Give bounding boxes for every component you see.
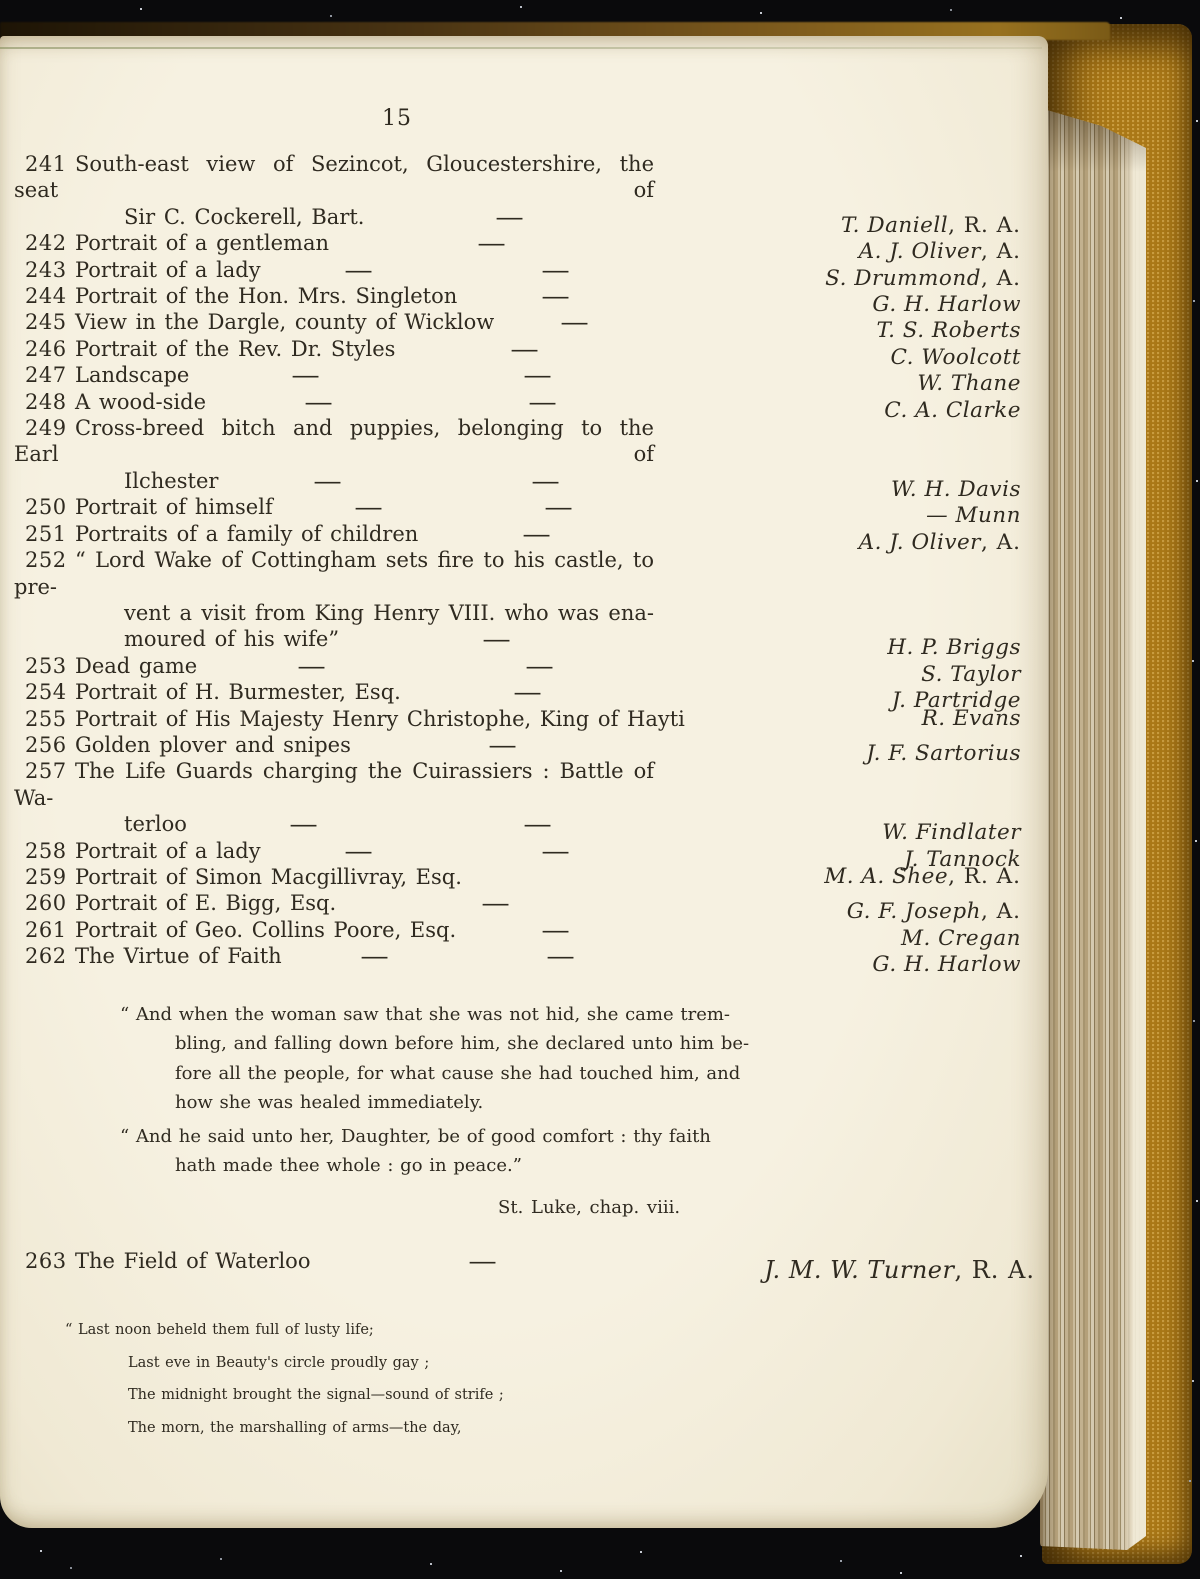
entry-line: terloo——W. Findlater: [14, 811, 654, 837]
verse-line: Last eve in Beauty's circle proudly gay …: [128, 1347, 1028, 1380]
entry-line: 260Portrait of E. Bigg, Esq.—G. F. Josep…: [14, 890, 654, 916]
catalog-entry: 248A wood-side——C. A. Clarke: [14, 389, 1028, 415]
catalog-entry: 262The Virtue of Faith——G. H. Harlow: [14, 943, 1028, 969]
scripture-line: “ And he said unto her, Daughter, be of …: [120, 1122, 755, 1152]
filler-dash: —: [430, 389, 654, 415]
entry-line: 251Portraits of a family of children—A. …: [14, 521, 654, 547]
filler-dash: —: [436, 468, 654, 494]
entry-number: 260: [14, 890, 75, 916]
filler-dash: —: [310, 1248, 654, 1274]
filler-dash: —: [218, 468, 436, 494]
filler-dash: —: [339, 626, 654, 652]
catalog-entry: 260Portrait of E. Bigg, Esq.—G. F. Josep…: [14, 890, 1028, 916]
filler-dash: —: [261, 838, 458, 864]
entry-line: vent a visit from King Henry VIII. who w…: [14, 600, 654, 626]
entry-title: South-east view of Sezincot, Gloucesters…: [14, 152, 654, 202]
entry-line: 263The Field of Waterloo—J. M. W. Turner…: [14, 1248, 654, 1274]
entry-line: 244Portrait of the Hon. Mrs. Singleton—G…: [14, 283, 654, 309]
catalog-entry: 261Portrait of Geo. Collins Poore, Esq.—…: [14, 917, 1028, 943]
entry-line: 242Portrait of a gentleman—A. J. Oliver,…: [14, 230, 654, 256]
catalog-entry: 259Portrait of Simon Macgillivray, Esq.M…: [14, 864, 1028, 890]
entry-line: Ilchester——W. H. Davis: [14, 468, 654, 494]
entry-line: 258Portrait of a lady——J. Tannock: [14, 838, 654, 864]
page-content: 15 241South-east view of Sezincot, Glouc…: [14, 36, 1028, 1444]
artist-honorific: , R. A.: [954, 1256, 1035, 1284]
scripture-line: how she was healed immediately.: [175, 1088, 755, 1118]
entry-line: 259Portrait of Simon Macgillivray, Esq.M…: [14, 864, 654, 890]
entry-title: Portrait of a gentleman: [75, 230, 329, 256]
filler-dash: —: [282, 943, 468, 969]
entry-title: Portrait of the Rev. Dr. Styles: [75, 336, 395, 362]
artist-honorific: , R. A.: [948, 864, 1021, 889]
entry-number: 244: [14, 283, 75, 309]
entry-line: 245View in the Dargle, county of Wicklow…: [14, 309, 654, 335]
entry-title: The Virtue of Faith: [75, 943, 282, 969]
catalog-entry: 247Landscape——W. Thane: [14, 362, 1028, 388]
filler-dash: —: [336, 890, 654, 916]
entry-number: 251: [14, 521, 75, 547]
entry-line: 255Portrait of His Majesty Henry Christo…: [14, 706, 654, 732]
catalog-entry: 252“ Lord Wake of Cottingham sets fire t…: [14, 547, 1028, 653]
entry-title: The Field of Waterloo: [75, 1248, 310, 1274]
book-page: 15 241South-east view of Sezincot, Glouc…: [0, 36, 1048, 1528]
catalog-entry: 254Portrait of H. Burmester, Esq.—J. Par…: [14, 679, 1028, 705]
entry-number: 249: [14, 415, 75, 441]
entry-title: Landscape: [75, 362, 189, 388]
entry-title: vent a visit from King Henry VIII. who w…: [124, 601, 654, 625]
entry-title: Portrait of Simon Macgillivray, Esq.: [75, 864, 462, 890]
verse-line: The morn, the marshalling of arms—the da…: [128, 1412, 1028, 1445]
entry-title: Cross-breed bitch and puppies, belonging…: [14, 416, 654, 466]
artist-name-text: M. A. Shee: [824, 864, 948, 889]
catalog-entry: 251Portraits of a family of children—A. …: [14, 521, 1028, 547]
catalog-entry: 242Portrait of a gentleman—A. J. Oliver,…: [14, 230, 1028, 256]
entry-title: Portrait of Geo. Collins Poore, Esq.: [75, 917, 456, 943]
entry-title: terloo: [124, 811, 187, 837]
entry-number: 261: [14, 917, 75, 943]
filler-dash: —: [401, 679, 654, 705]
waterloo-verse: “ Last noon beheld them full of lusty li…: [128, 1314, 1028, 1444]
scanner-background-specks: [0, 0, 2, 2]
catalog-entry: 253Dead game——S. Taylor: [14, 653, 1028, 679]
scripture-line: “ And when the woman saw that she was no…: [120, 1000, 755, 1030]
filler-dash: —: [273, 494, 464, 520]
verse-line: The midnight brought the signal—sound of…: [128, 1379, 1028, 1412]
catalog-entry: 241South-east view of Sezincot, Gloucest…: [14, 151, 1028, 230]
entry-line: moured of his wife”—H. P. Briggs: [14, 626, 654, 652]
filler-dash: —: [395, 336, 654, 362]
entry-number: 248: [14, 389, 75, 415]
catalog-entry: 258Portrait of a lady——J. Tannock: [14, 838, 1028, 864]
entry-title: View in the Dargle, county of Wicklow: [75, 309, 494, 335]
scripture-line: bling, and falling down before him, she …: [175, 1029, 755, 1059]
entry-line: 254Portrait of H. Burmester, Esq.—J. Par…: [14, 679, 654, 705]
entry-line: 257The Life Guards charging the Cuirassi…: [14, 758, 654, 811]
entry-title: Portrait of E. Bigg, Esq.: [75, 890, 336, 916]
artist-name: G. H. Harlow: [661, 952, 1021, 978]
filler-dash: —: [351, 732, 654, 758]
entry-line: 261Portrait of Geo. Collins Poore, Esq.—…: [14, 917, 654, 943]
entry-title: The Life Guards charging the Cuirassiers…: [14, 759, 654, 809]
filler-dash: —: [463, 494, 654, 520]
entry-line: 252“ Lord Wake of Cottingham sets fire t…: [14, 547, 654, 600]
verse-line: “ Last noon beheld them full of lusty li…: [65, 1314, 1028, 1347]
filler-dash: —: [418, 521, 654, 547]
filler-dash: —: [189, 362, 421, 388]
artist-name-text: R. Evans: [922, 706, 1021, 731]
page-number: 15: [14, 106, 1028, 131]
page-stack-fore-edge: [1040, 102, 1146, 1550]
catalog-entry: 250Portrait of himself——— Munn: [14, 494, 1028, 520]
entry-title: Portrait of His Majesty Henry Christophe…: [75, 706, 685, 732]
entry-title: Portrait of H. Burmester, Esq.: [75, 679, 401, 705]
entry-line: 247Landscape——W. Thane: [14, 362, 654, 388]
filler-dash: —: [329, 230, 654, 256]
catalog-entry: 246Portrait of the Rev. Dr. Styles—C. Wo…: [14, 336, 1028, 362]
filler-dash: —: [457, 257, 654, 283]
entry-number: 262: [14, 943, 75, 969]
entry-number: 241: [14, 151, 75, 177]
entry-number: 263: [14, 1248, 75, 1274]
catalog-entry: 245View in the Dargle, county of Wicklow…: [14, 309, 1028, 335]
catalog-entry: 244Portrait of the Hon. Mrs. Singleton—G…: [14, 283, 1028, 309]
filler-dash: —: [468, 943, 654, 969]
artist-name: M. A. Shee, R. A.: [661, 864, 1021, 890]
entry-number: 256: [14, 732, 75, 758]
filler-dash: —: [206, 389, 430, 415]
entry-number: 258: [14, 838, 75, 864]
entry-number: 243: [14, 257, 75, 283]
entry-title: Dead game: [75, 653, 197, 679]
entry-number: 254: [14, 679, 75, 705]
artist-name-text: J. M. W. Turner: [764, 1256, 954, 1284]
filler-dash: —: [364, 204, 654, 230]
entry-title: Ilchester: [124, 468, 218, 494]
entry-number: 255: [14, 706, 75, 732]
waterloo-entry: 263The Field of Waterloo—J. M. W. Turner…: [14, 1248, 1028, 1274]
filler-dash: —: [494, 309, 654, 335]
entry-number: 252: [14, 547, 75, 573]
filler-dash: —: [456, 917, 654, 943]
scripture-quote: “ And when the woman saw that she was no…: [175, 1000, 755, 1181]
entry-line: 253Dead game——S. Taylor: [14, 653, 654, 679]
entry-number: 247: [14, 362, 75, 388]
entry-line: 256Golden plover and snipes—J. F. Sartor…: [14, 732, 654, 758]
entry-title: Portraits of a family of children: [75, 521, 418, 547]
entry-line: 249Cross-breed bitch and puppies, belong…: [14, 415, 654, 468]
entry-number: 250: [14, 494, 75, 520]
filler-dash: —: [261, 257, 458, 283]
entry-line: 250Portrait of himself——— Munn: [14, 494, 654, 520]
catalog-entry: 256Golden plover and snipes—J. F. Sartor…: [14, 732, 1028, 758]
entry-number: 246: [14, 336, 75, 362]
entry-line: 243Portrait of a lady——S. Drummond, A.: [14, 257, 654, 283]
filler-dash: —: [426, 653, 654, 679]
entry-line: 248A wood-side——C. A. Clarke: [14, 389, 654, 415]
filler-dash: —: [420, 811, 654, 837]
entry-title: A wood-side: [75, 389, 206, 415]
entry-title: Sir C. Cockerell, Bart.: [124, 204, 364, 230]
filler-dash: —: [187, 811, 421, 837]
entry-title: Portrait of a lady: [75, 838, 261, 864]
catalog-entry: 257The Life Guards charging the Cuirassi…: [14, 758, 1028, 837]
entry-line: 262The Virtue of Faith——G. H. Harlow: [14, 943, 654, 969]
entry-title: Portrait of the Hon. Mrs. Singleton: [75, 283, 457, 309]
artist-name: R. Evans: [661, 706, 1021, 732]
filler-dash: —: [422, 362, 654, 388]
entry-number: 257: [14, 758, 75, 784]
entry-line: 246Portrait of the Rev. Dr. Styles—C. Wo…: [14, 336, 654, 362]
scripture-attribution: St. Luke, chap. viii.: [498, 1197, 1028, 1218]
entry-title: “ Lord Wake of Cottingham sets fire to h…: [14, 548, 654, 598]
entry-number: 259: [14, 864, 75, 890]
catalog-entry: 243Portrait of a lady——S. Drummond, A.: [14, 257, 1028, 283]
entry-title: Golden plover and snipes: [75, 732, 351, 758]
entry-title: Portrait of a lady: [75, 257, 261, 283]
entry-number: 245: [14, 309, 75, 335]
entry-number: 242: [14, 230, 75, 256]
artist-name: J. M. W. Turner, R. A.: [615, 1257, 1035, 1283]
filler-dash: —: [197, 653, 425, 679]
catalog-entry: 255Portrait of His Majesty Henry Christo…: [14, 706, 1028, 732]
entry-number: 253: [14, 653, 75, 679]
scripture-line: hath made thee whole : go in peace.”: [175, 1151, 755, 1181]
catalog-entries: 241South-east view of Sezincot, Gloucest…: [14, 151, 1028, 970]
entry-line: Sir C. Cockerell, Bart.—T. Daniell, R. A…: [14, 204, 654, 230]
filler-dash: —: [457, 838, 654, 864]
scripture-line: fore all the people, for what cause she …: [175, 1059, 755, 1089]
entry-title: moured of his wife”: [124, 626, 339, 652]
artist-name-text: G. H. Harlow: [872, 952, 1021, 977]
catalog-entry: 263The Field of Waterloo—J. M. W. Turner…: [14, 1248, 1028, 1274]
entry-line: 241South-east view of Sezincot, Gloucest…: [14, 151, 654, 204]
filler-dash: —: [457, 283, 654, 309]
catalog-entry: 249Cross-breed bitch and puppies, belong…: [14, 415, 1028, 494]
entry-title: Portrait of himself: [75, 494, 273, 520]
